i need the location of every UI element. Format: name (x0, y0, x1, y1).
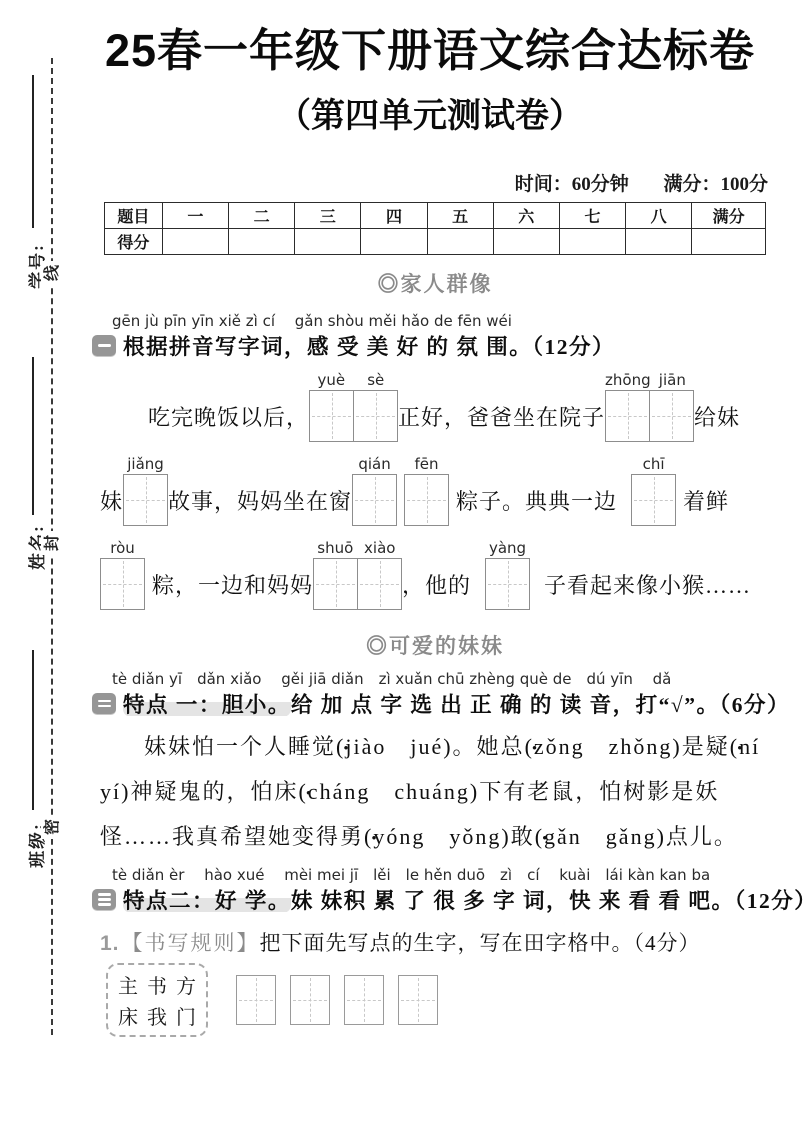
pinyin-chi: chī (631, 455, 676, 473)
q3-sub1-line: 1.【书写规则】把下面先写点的生字，写在田字格中。（4分） (100, 927, 701, 957)
paper-subtitle: （第四单元测试卷） (90, 88, 770, 137)
answer-grid-yang[interactable]: yàng (485, 558, 530, 610)
section-family-title: ◎家人群像 (100, 268, 770, 298)
pinyin-se: sè (354, 371, 399, 389)
answer-grid-jiang[interactable]: jiǎng (123, 474, 168, 526)
name-label: 姓名: (23, 510, 43, 584)
q1-row3-text: 粽，一边和妈妈 (152, 569, 313, 600)
q1-row1-text: 给妹 (694, 401, 740, 432)
char-shu: 书 (147, 970, 167, 999)
answer-grid-rou[interactable]: ròu (100, 558, 145, 610)
question-2-number-icon (92, 693, 116, 714)
answer-grid-fen[interactable]: fēn (404, 474, 449, 526)
passage-text: 希望她变得 (220, 824, 340, 849)
answer-grid-chi[interactable]: chī (631, 474, 676, 526)
seal-char-feng: 封 (41, 531, 65, 555)
dotted-char: 敢 (511, 824, 535, 849)
score-cell[interactable] (692, 229, 766, 255)
score-table-header-row: 题目 一 二 三 四 五 六 七 八 满分 (105, 203, 766, 229)
dotted-char: 总 (501, 734, 525, 759)
q3-pinyin: tè diǎn èr hào xué mèi mei jī lěi le hěn… (112, 864, 710, 885)
pinyin-yue: yuè (309, 371, 354, 389)
pinyin-fen: fēn (404, 455, 449, 473)
class-blank-line[interactable] (32, 650, 34, 810)
q1-row1-text: 正好，爸爸坐在院子 (398, 401, 605, 432)
q1-row1-text: 吃完晚饭以后， (148, 401, 309, 432)
class-label: 班级: (23, 808, 43, 882)
q3-stem-highlight: 特点二：好 学。 (123, 889, 291, 913)
score-header-8: 八 (626, 203, 692, 229)
seal-char-mi: 密 (41, 815, 65, 839)
time-limit: 时间：60分钟 (515, 174, 629, 195)
char-men: 门 (176, 1001, 196, 1030)
exam-paper-page: 学号: 姓名: 班级: 线 封 密 25春一年级下册语文综合达标卷 （第四单元测… (0, 0, 809, 1145)
question-1-number-icon (92, 335, 116, 356)
time-and-score-line: 时间：60分钟 满分：100分 (100, 169, 768, 196)
q1-row2-text: 粽子。典典一边 (456, 485, 617, 516)
passage-text: 神疑鬼的，怕 (130, 779, 274, 804)
dotted-char: 床 (274, 779, 298, 804)
score-cell[interactable] (493, 229, 559, 255)
passage-text: (yóng yǒng) (364, 824, 511, 849)
score-row-label: 得分 (105, 229, 163, 255)
q1-stem: 根据拼音写字词，感 受 美 好 的 氛 围。（12分） (123, 330, 615, 361)
score-header-7: 七 (559, 203, 625, 229)
score-header-total: 满分 (692, 203, 766, 229)
score-cell[interactable] (162, 229, 228, 255)
full-score: 满分：100分 (663, 174, 768, 195)
writing-grid-set (236, 975, 438, 1025)
q1-row2-text: 着鲜 (683, 485, 729, 516)
dotted-char: 勇 (340, 824, 364, 849)
score-cell[interactable] (626, 229, 692, 255)
dotted-char: 疑 (706, 734, 730, 759)
score-cell[interactable] (295, 229, 361, 255)
q2-passage: 妹妹怕一个人睡觉(jiào jué)。她总(zǒng zhǒng)是疑(ní y… (100, 724, 778, 859)
score-header-5: 五 (427, 203, 493, 229)
section-sister-title: ◎可爱的妹妹 (100, 630, 770, 660)
score-header-3: 三 (295, 203, 361, 229)
passage-text: (zǒng zhǒng)是 (525, 734, 706, 759)
score-header-1: 一 (162, 203, 228, 229)
char-chuang: 床 (118, 1001, 138, 1030)
score-cell[interactable] (361, 229, 427, 255)
character-choices-box: 主 书 方 床 我 门 (106, 963, 208, 1037)
writing-grid-1[interactable] (236, 975, 276, 1025)
pinyin-zhong: zhōng (605, 371, 651, 389)
sub1-number: 1. (100, 932, 120, 955)
score-table-score-row: 得分 (105, 229, 766, 255)
passage-text: (jiào jué)。她 (336, 734, 501, 759)
score-header-4: 四 (361, 203, 427, 229)
q1-pinyin: gēn jù pīn yīn xiě zì cí gǎn shòu měi hǎ… (112, 310, 512, 331)
pinyin-qian: qián (352, 455, 397, 473)
char-zhu: 主 (118, 970, 138, 999)
answer-grid-qian[interactable]: qián (352, 474, 397, 526)
q2-pinyin: tè diǎn yī dǎn xiǎo gěi jiā diǎn zì xuǎn… (112, 668, 671, 689)
q1-row2-text: 故事，妈妈坐在窗 (168, 485, 352, 516)
q1-row3-text: 子看起来像小猴…… (544, 569, 751, 600)
student-id-blank-line[interactable] (32, 75, 34, 228)
q1-row3-text: ，他的 (402, 569, 471, 600)
name-blank-line[interactable] (32, 357, 34, 515)
sub1-rule-tag: 【书写规则】 (122, 931, 260, 955)
score-header-6: 六 (493, 203, 559, 229)
pinyin-jiang: jiǎng (123, 455, 168, 473)
dotted-char: 觉 (312, 734, 336, 759)
score-table: 题目 一 二 三 四 五 六 七 八 满分 得分 (104, 202, 766, 255)
seal-char-xian: 线 (41, 261, 65, 285)
answer-grid-zhongjian[interactable]: zhōngjiān (605, 390, 694, 442)
score-header-timu: 题目 (105, 203, 163, 229)
q1-row2-text: 妹 (100, 485, 123, 516)
question-3-number-icon (92, 889, 116, 910)
q3-stem-rest: 妹 妹积 累 了 很 多 字 词，快 来 看 看 吧。（12分） (291, 889, 809, 913)
pinyin-rou: ròu (100, 539, 145, 557)
char-wo: 我 (147, 1001, 167, 1030)
sub1-text: 把下面先写点的生字，写在田字格中。（4分） (260, 931, 701, 955)
pinyin-jian: jiān (651, 371, 694, 389)
char-fang: 方 (176, 970, 196, 999)
answer-grid-yuese[interactable]: yuèsè (309, 390, 398, 442)
passage-text: (gǎn gǎng)点儿。 (535, 824, 738, 849)
score-cell[interactable] (427, 229, 493, 255)
score-cell[interactable] (559, 229, 625, 255)
pinyin-xiao: xiào (358, 539, 403, 557)
q2-stem-rest: 给 加 点 字 选 出 正 确 的 读 音，打“√”。（6分） (291, 693, 790, 717)
writing-grid-4[interactable] (398, 975, 438, 1025)
passage-text: 妹妹怕一个人睡 (144, 734, 312, 759)
answer-grid-shuoxiao[interactable]: shuōxiào (313, 558, 402, 610)
pinyin-shuo: shuō (313, 539, 358, 557)
writing-grid-2[interactable] (290, 975, 330, 1025)
score-cell[interactable] (229, 229, 295, 255)
paper-title: 25春一年级下册语文综合达标卷 (90, 14, 770, 79)
q2-stem-highlight: 特点 一：胆小。 (123, 693, 291, 717)
score-header-2: 二 (229, 203, 295, 229)
pinyin-yang: yàng (485, 539, 530, 557)
student-id-label: 学号: (23, 229, 43, 303)
writing-grid-3[interactable] (344, 975, 384, 1025)
